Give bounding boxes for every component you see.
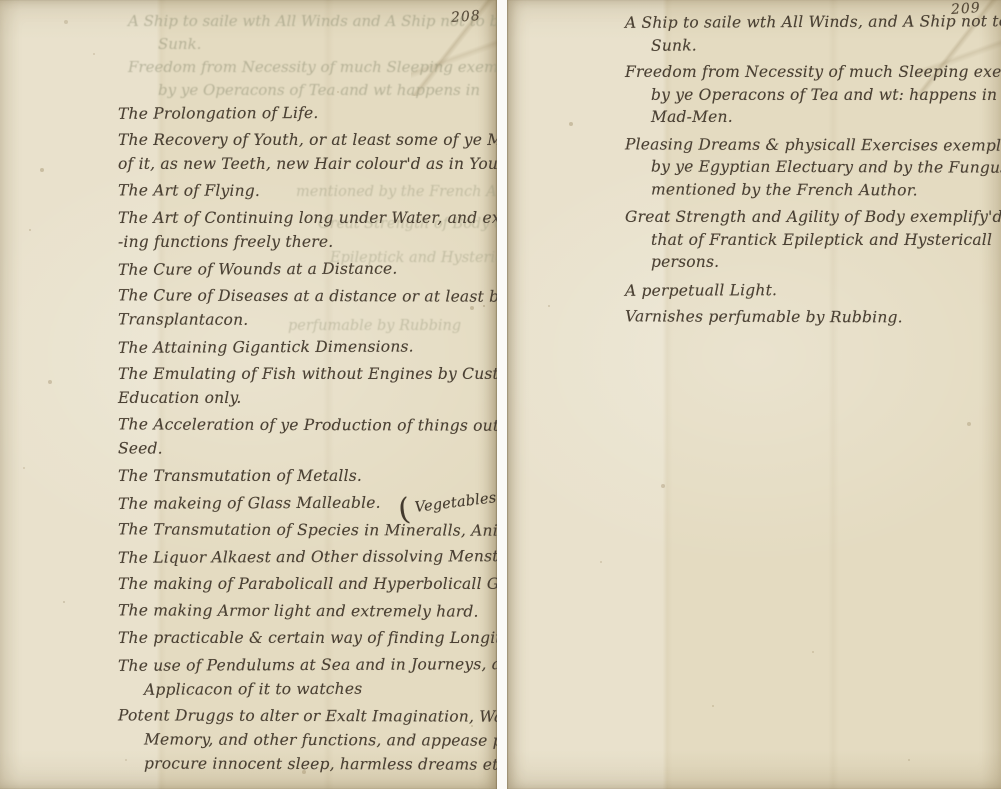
manuscript-item: The making Armor light and extremely har…: [118, 599, 492, 623]
manuscript-spread: 208 A Ship to saile wth All Winds and A …: [0, 0, 1001, 789]
manuscript-line: The Cure of Wounds at a Distance.: [118, 256, 492, 282]
foxing-spots: [40, 168, 44, 172]
wish-list-right: A Ship to saile wth All Winds, and A Shi…: [625, 11, 997, 334]
manuscript-line: -ing functions freely there.: [118, 230, 492, 254]
manuscript-line: The Recovery of Youth, or at least some …: [118, 128, 492, 152]
manuscript-line: The Cure of Diseases at a distance or at…: [118, 283, 492, 308]
manuscript-item: The Cure of Wounds at a Distance.: [118, 257, 492, 281]
manuscript-line: The Liquor Alkaest and Other dissolving …: [118, 544, 492, 570]
margin-note-paren: (: [397, 492, 413, 528]
manuscript-item: The Art of Flying.: [118, 179, 492, 203]
manuscript-line: procure innocent sleep, harmless dreams …: [118, 751, 492, 776]
manuscript-line: that of Frantick Epileptick and Hysteric…: [625, 229, 997, 252]
manuscript-item: Potent Druggs to alter or Exalt Imaginat…: [118, 704, 492, 776]
manuscript-line: The Emulating of Fish without Engines by…: [118, 362, 492, 386]
manuscript-line: The Acceleration of ye Production of thi…: [118, 412, 492, 437]
manuscript-line: Mad-Men.: [625, 106, 997, 129]
manuscript-item: Great Strength and Agility of Body exemp…: [625, 206, 997, 274]
manuscript-line: The Prolongation of Life.: [118, 100, 492, 126]
wish-list-left: The Prolongation of Life.The Recovery of…: [118, 101, 492, 779]
manuscript-item: Freedom from Necessity of much Sleeping …: [625, 61, 997, 129]
manuscript-line: The making of Parabolicall and Hyperboli…: [118, 572, 492, 596]
manuscript-item: A perpetuall Light.: [625, 279, 997, 302]
manuscript-line: The Transmutation of Metalls.: [118, 464, 492, 488]
manuscript-line: Pleasing Dreams & physicall Exercises ex…: [625, 133, 997, 157]
manuscript-line: A perpetuall Light.: [625, 278, 997, 302]
manuscript-item: The Liquor Alkaest and Other dissolving …: [118, 545, 492, 569]
manuscript-line: Memory, and other functions, and appease…: [118, 727, 492, 752]
manuscript-item: The Art of Continuing long under Water, …: [118, 206, 492, 254]
manuscript-line: The Art of Continuing long under Water, …: [118, 206, 492, 230]
manuscript-line: The Attaining Gigantick Dimensions.: [118, 334, 492, 360]
manuscript-line: The Art of Flying.: [118, 178, 492, 203]
manuscript-line: A Ship to saile wth All Winds, and A Shi…: [625, 10, 997, 34]
manuscript-line: by ye Egyptian Electuary and by the Fung…: [625, 155, 997, 179]
page-number: 208: [451, 8, 482, 26]
manuscript-line: The practicable & certain way of finding…: [118, 626, 492, 650]
manuscript-line: Seed.: [118, 436, 492, 461]
manuscript-line: The making Armor light and extremely har…: [118, 598, 492, 623]
manuscript-item: The Cure of Diseases at a distance or at…: [118, 284, 492, 332]
manuscript-line: Transplantacon.: [118, 307, 492, 332]
manuscript-item: The Prolongation of Life.: [118, 101, 492, 125]
manuscript-item: The Attaining Gigantick Dimensions.: [118, 335, 492, 359]
manuscript-line: Sunk.: [625, 33, 997, 57]
manuscript-line: Potent Druggs to alter or Exalt Imaginat…: [118, 703, 492, 728]
foxing-spots: [569, 122, 573, 126]
manuscript-line: Freedom from Necessity of much Sleeping …: [625, 61, 997, 84]
manuscript-page-right: 209 A Ship to saile wth All Winds, and A…: [507, 0, 1001, 789]
manuscript-item: The Acceleration of ye Production of thi…: [118, 413, 492, 461]
manuscript-item: Varnishes perfumable by Rubbing.: [625, 306, 997, 329]
bleedthrough-text-line: Freedom from Necessity of much Sleeping …: [128, 56, 497, 79]
manuscript-line: mentioned by the French Author.: [625, 178, 997, 202]
bleedthrough-text-line: by ye Operacons of Tea and wt happens in: [128, 79, 497, 102]
manuscript-item: The practicable & certain way of finding…: [118, 626, 492, 650]
manuscript-item: A Ship to saile wth All Winds, and A Shi…: [625, 11, 997, 56]
manuscript-line: Varnishes perfumable by Rubbing.: [625, 305, 997, 329]
manuscript-line: Education only.: [118, 386, 492, 410]
manuscript-item: The Transmutation of Metalls.: [118, 464, 492, 488]
manuscript-line: persons.: [625, 251, 997, 274]
manuscript-line: The use of Pendulums at Sea and in Journ…: [118, 652, 492, 678]
manuscript-page-left: 208 A Ship to saile wth All Winds and A …: [0, 0, 497, 789]
margin-note-text: Vegetables: [414, 490, 497, 516]
bleedthrough-text-block: A Ship to saile wth All Winds and A Ship…: [128, 10, 497, 102]
bleedthrough-text-line: A Ship to saile wth All Winds and A Ship…: [128, 10, 497, 33]
manuscript-line: by ye Operacons of Tea and wt: happens i…: [625, 84, 997, 107]
bleedthrough-text-line: Sunk.: [128, 33, 497, 56]
manuscript-item: The Recovery of Youth, or at least some …: [118, 128, 492, 176]
manuscript-line: Great Strength and Agility of Body exemp…: [625, 206, 997, 229]
manuscript-item: Pleasing Dreams & physicall Exercises ex…: [625, 134, 997, 202]
manuscript-item: The Emulating of Fish without Engines by…: [118, 362, 492, 410]
manuscript-item: The use of Pendulums at Sea and in Journ…: [118, 653, 492, 701]
manuscript-line: of it, as new Teeth, new Hair colour'd a…: [118, 152, 492, 176]
manuscript-line: Applicacon of it to watches: [118, 676, 492, 702]
manuscript-item: The making of Parabolicall and Hyperboli…: [118, 572, 492, 596]
